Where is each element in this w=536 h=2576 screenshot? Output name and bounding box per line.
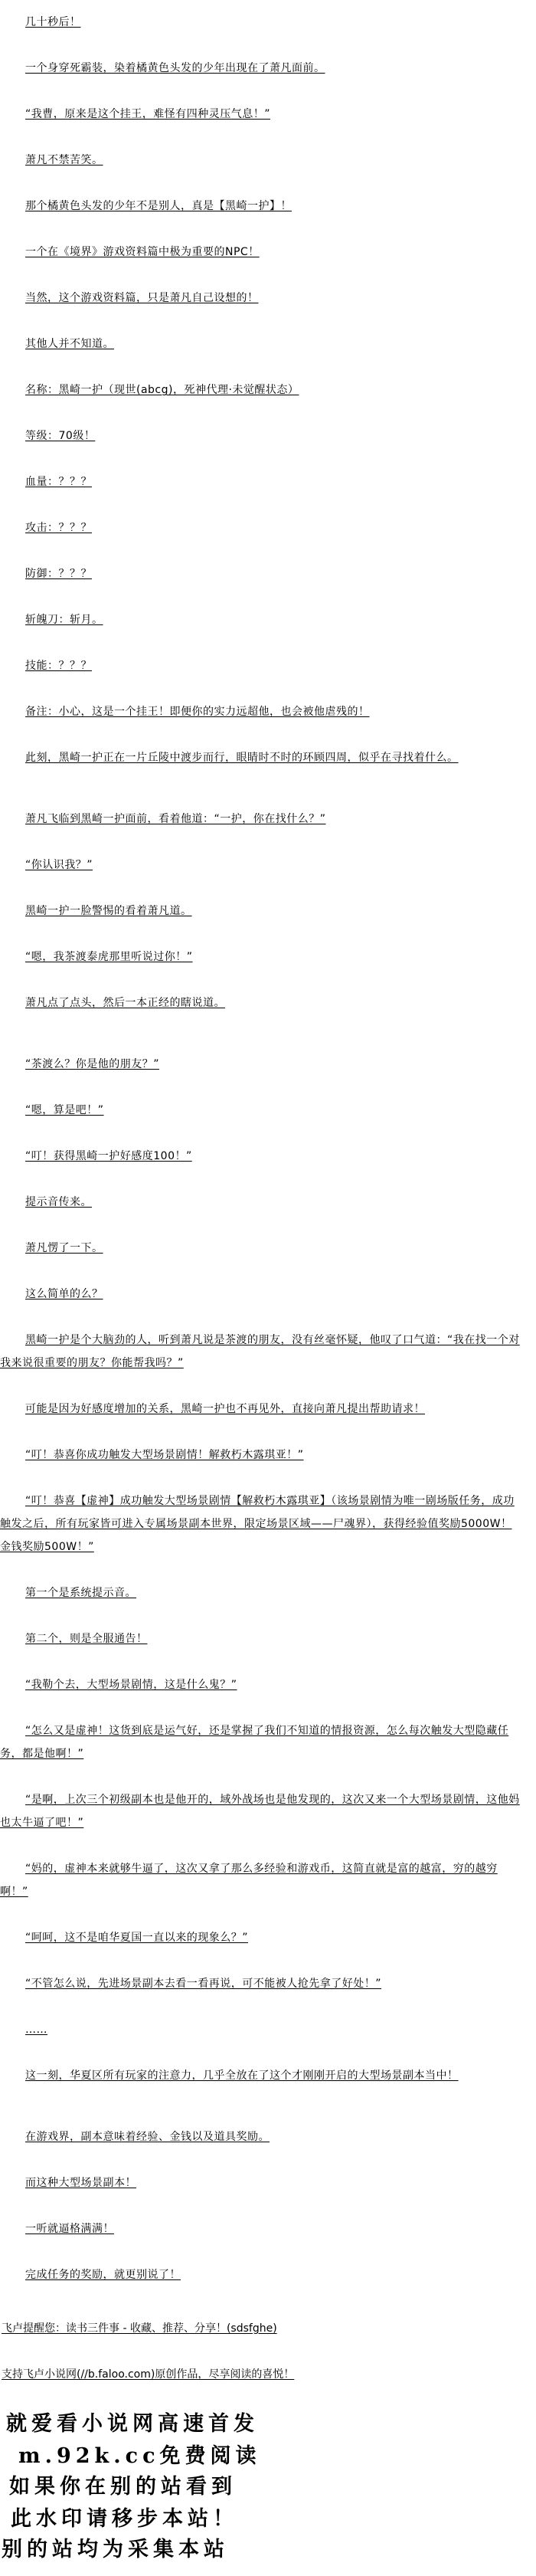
watermark-line: 此水印请移步本站！ [11, 2504, 286, 2535]
paragraph: 而这种大型场景副本！ [0, 2171, 521, 2194]
paragraph: 一听就逼格满满！ [0, 2217, 521, 2240]
watermark-line: m.92k.cc免费阅读 [18, 2441, 294, 2472]
paragraph: “叮！获得黑崎一护好感度100！” [0, 1145, 521, 1168]
paragraph: “嗯，我茶渡泰虎那里听说过你！” [0, 946, 521, 968]
paragraph: “我勒个去，大型场景剧情，这是什么鬼？” [0, 1673, 521, 1696]
paragraph: 血量：？？？ [0, 470, 521, 493]
paragraph: 技能：？？？ [0, 654, 521, 677]
paragraph: 萧凡飞临到黑崎一护面前，看着他道：“一护，你在找什么？” [0, 808, 521, 831]
paragraph: 防御：？？？ [0, 562, 521, 585]
paragraph: “怎么又是虚神！这货到底是运气好，还是掌握了我们不知道的情报资源，怎么每次触发大… [0, 1719, 521, 1765]
paragraph: “呵呵，这不是咱华夏国一直以来的现象么？” [0, 1926, 521, 1949]
paragraph: 几十秒后！ [0, 11, 521, 34]
paragraph: 其他人并不知道。 [0, 333, 521, 356]
paragraph: 一个在《境界》游戏资料篇中极为重要的NPC！ [0, 241, 521, 264]
watermark-line: 就爱看小说网高速首发 [6, 2409, 282, 2440]
paragraph: 斩魄刀：斩月。 [0, 608, 521, 631]
watermark-line: 别的站均为采集本站 [2, 2535, 277, 2565]
footer-support-link[interactable]: 支持飞卢小说网(//b.faloo.com)原创作品，尽享阅读的喜悦！ [2, 2363, 294, 2386]
paragraph: 那个橘黄色头发的少年不是别人，真是【黑崎一护】！ [0, 195, 521, 218]
paragraph: “不管怎么说，先进场景副本去看一看再说，可不能被人抢先拿了好处！” [0, 1972, 521, 1995]
paragraph: 萧凡点了点头，然后一本正经的瞎说道。 [0, 991, 521, 1014]
watermark-line: 如果你在别的站看到 [9, 2472, 285, 2502]
paragraph: 等级：70级！ [0, 424, 521, 447]
paragraph: “嗯，算是吧！” [0, 1099, 521, 1122]
paragraph: 备注：小心，这是一个挂王！即便你的实力远超他，也会被他虐残的！ [0, 700, 521, 723]
paragraph: 黑崎一护一脸警惕的看着萧凡道。 [0, 900, 521, 923]
paragraph: 萧凡不禁苦笑。 [0, 149, 521, 172]
paragraph: 此刻，黑崎一护正在一片丘陵中渡步而行，眼睛时不时的环顾四周，似乎在寻找着什么。 [0, 746, 521, 769]
paragraph: 可能是因为好感度增加的关系，黑崎一护也不再见外，直接向萧凡提出帮助请求！ [0, 1398, 521, 1421]
paragraph: 这一刻，华夏区所有玩家的注意力，几乎全放在了这个才刚刚开启的大型场景副本当中！ [0, 2064, 521, 2087]
paragraph: “茶渡么？你是他的朋友？” [0, 1053, 521, 1076]
paragraph: “你认识我？” [0, 854, 521, 877]
paragraph: 名称：黑崎一护（现世(abcg)，死神代理·未觉醒状态） [0, 379, 521, 401]
paragraph: 当然，这个游戏资料篇，只是萧凡自己设想的！ [0, 287, 521, 310]
paragraph: 萧凡愣了一下。 [0, 1237, 521, 1260]
paragraph: “是啊，上次三个初级副本也是他开的，域外战场也是他发现的，这次又来一个大型场景剧… [0, 1788, 521, 1834]
paragraph: “叮！恭喜你成功触发大型场景剧情！解救朽木露琪亚！” [0, 1444, 521, 1467]
paragraph: 第一个是系统提示音。 [0, 1581, 521, 1604]
paragraph: 攻击：？？？ [0, 516, 521, 539]
footer-reminder: 飞卢提醒您：读书三件事 - 收藏、推荐、分享！(sdsfghe) [2, 2317, 277, 2340]
paragraph: 第二个，则是全服通告！ [0, 1627, 521, 1650]
paragraph: “叮！恭喜【虚神】成功触发大型场景剧情【解救朽木露琪亚】（该场景剧情为唯一剧场版… [0, 1490, 521, 1558]
paragraph: 黑崎一护是个大脑劲的人，听到萧凡说是茶渡的朋友，没有丝毫怀疑，他叹了口气道：“我… [0, 1329, 521, 1375]
paragraph: 这么简单的么？ [0, 1283, 521, 1306]
paragraph: 完成任务的奖励，就更别说了！ [0, 2263, 521, 2286]
paragraph: 一个身穿死霸装，染着橘黄色头发的少年出现在了萧凡面前。 [0, 57, 521, 80]
paragraph: “妈的，虚神本来就够牛逼了，这次又拿了那么多经验和游戏币，这简直就是富的越富，穷… [0, 1857, 521, 1903]
paragraph: “我曹，原来是这个挂王，难怪有四种灵压气息！” [0, 103, 521, 126]
paragraph: 在游戏界，副本意味着经验、金钱以及道具奖励。 [0, 2125, 521, 2148]
paragraph: …… [0, 2018, 521, 2041]
paragraph: 提示音传来。 [0, 1191, 521, 1214]
